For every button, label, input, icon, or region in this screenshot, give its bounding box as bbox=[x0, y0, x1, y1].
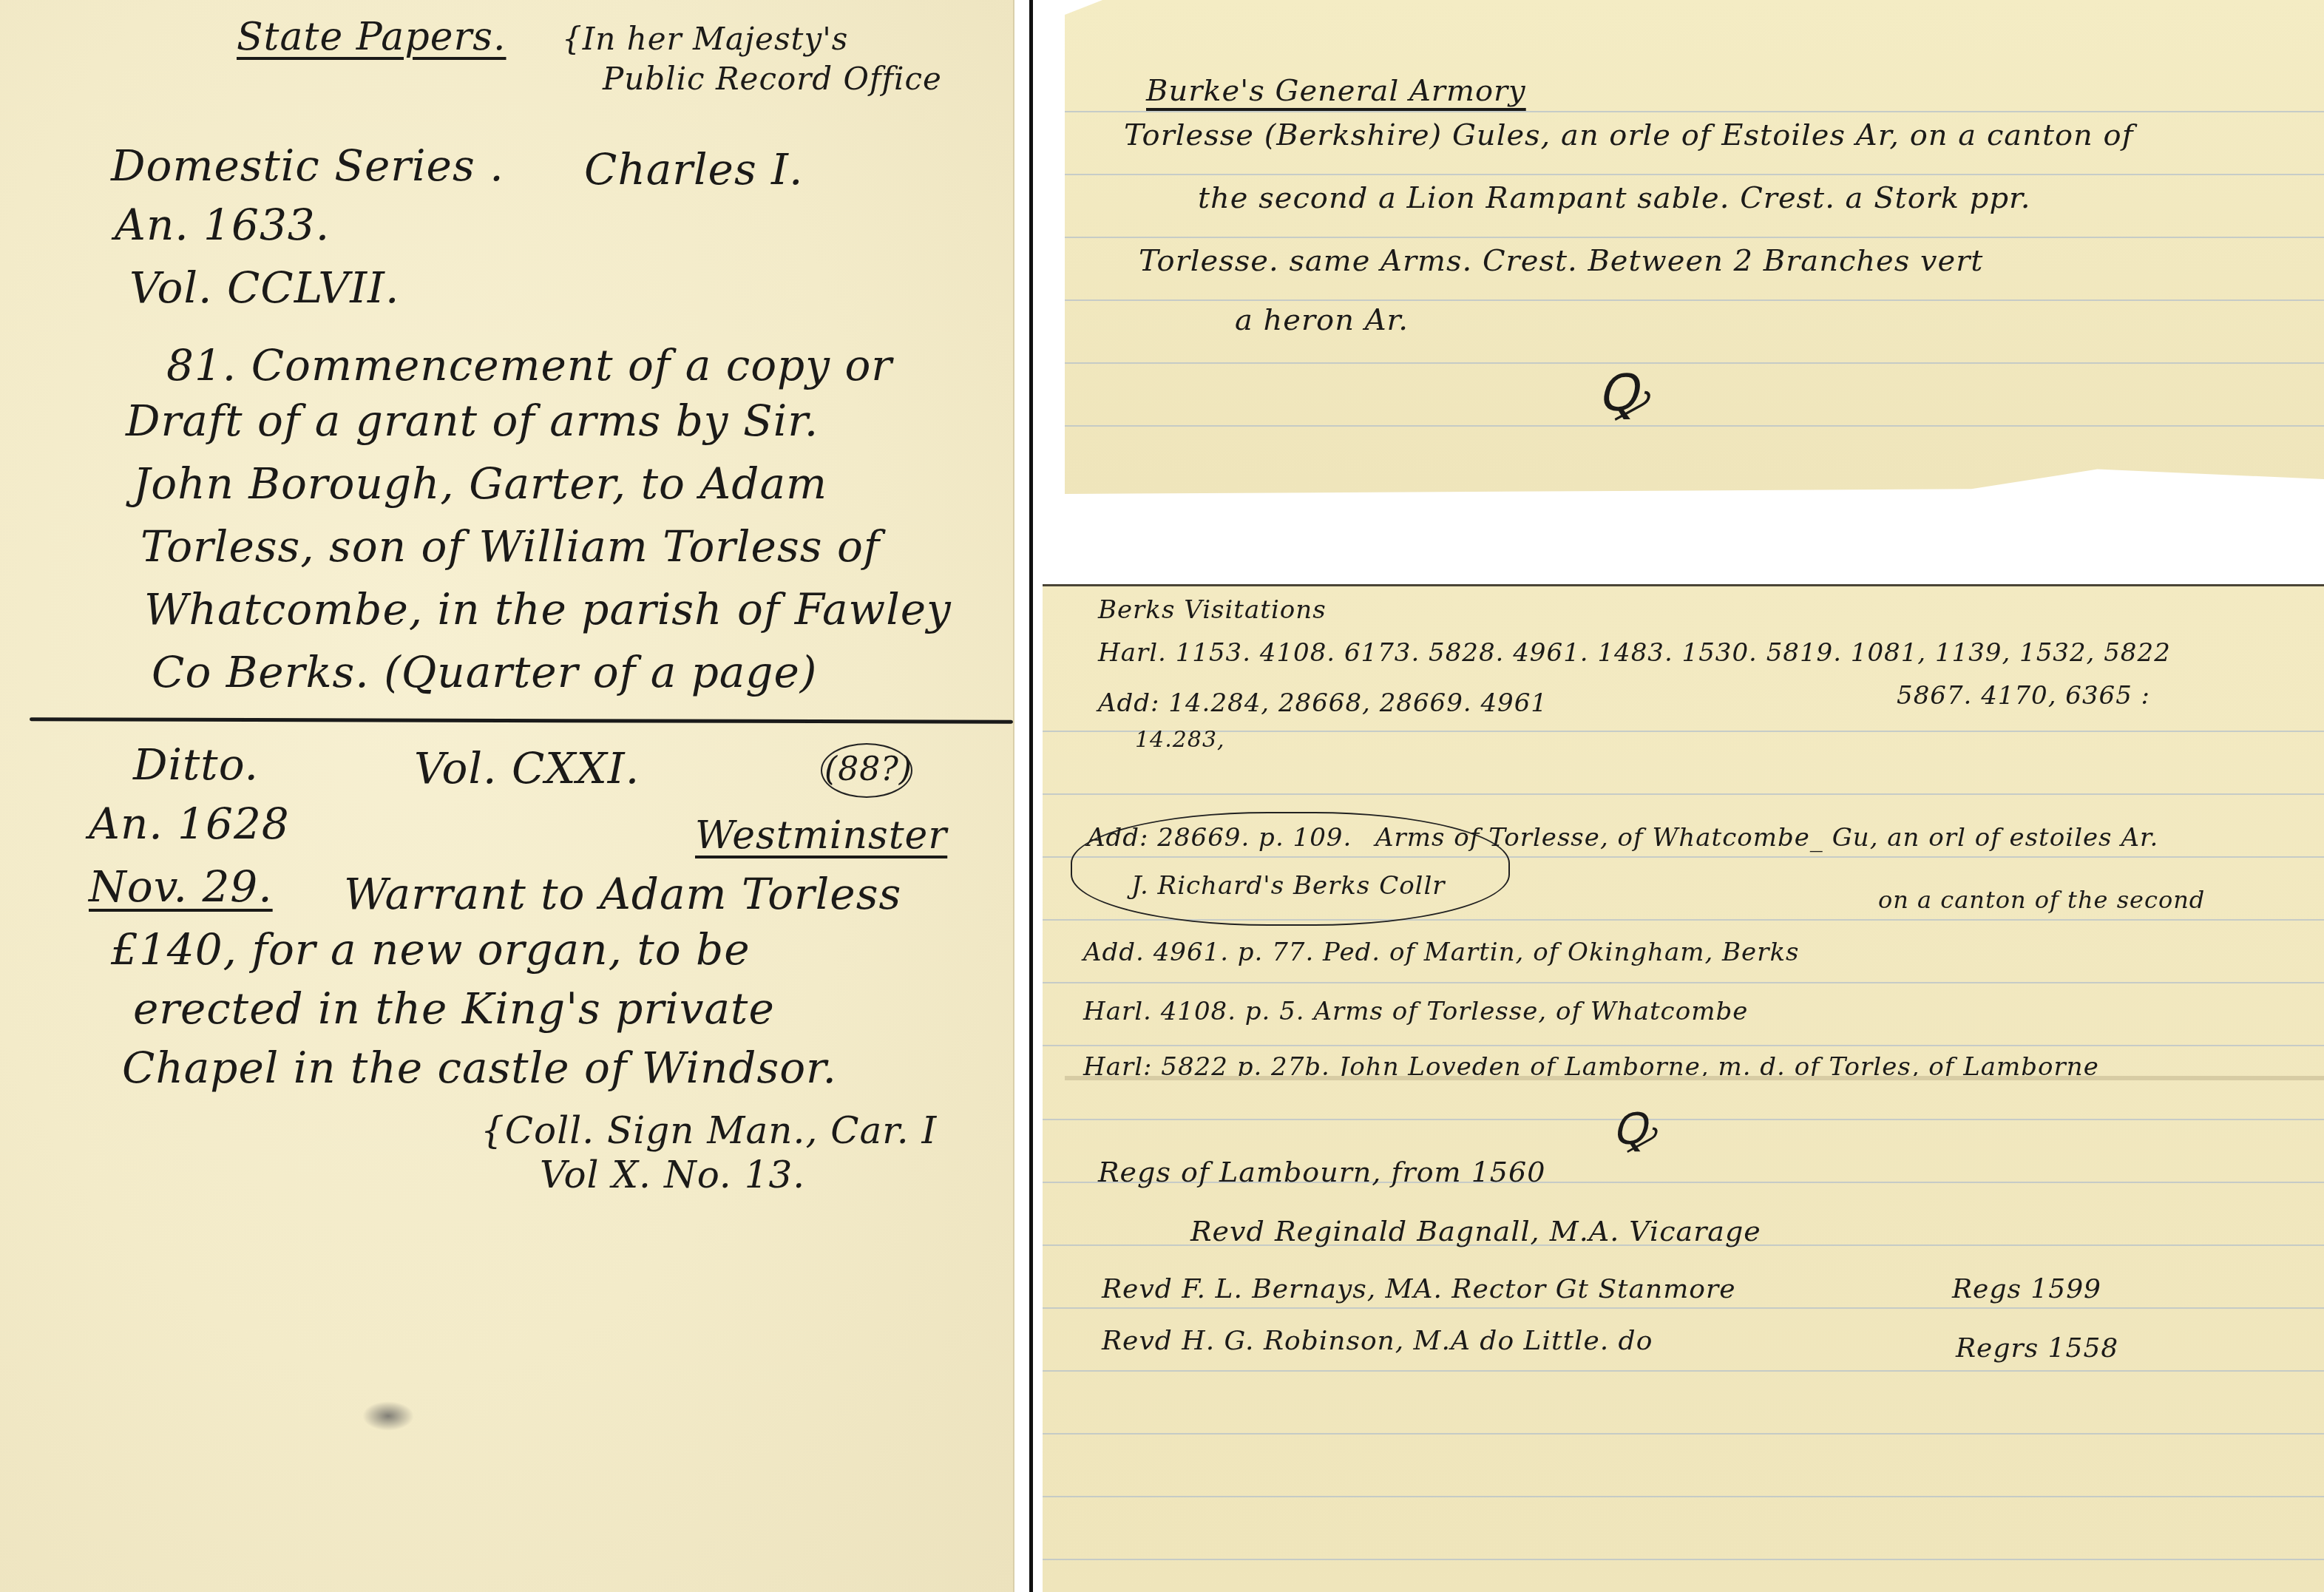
right-bottom-lined-sheet: Berks Visitations Harl. 1153. 4108. 6173… bbox=[1043, 584, 2324, 1592]
entry1-line: Draft of a grant of arms by Sir. bbox=[126, 396, 819, 446]
entry1-line: Torless, son of William Torless of bbox=[140, 521, 880, 572]
monogram-mark: Ꝙ bbox=[1597, 355, 1647, 426]
registers-vicar: Revd Reginald Bagnall, M.A. Vicarage bbox=[1190, 1215, 1761, 1247]
circled-ref-line1: Add: 28669. p. 109. bbox=[1087, 823, 1352, 853]
armory-title: Burke's General Armory bbox=[1146, 74, 1526, 108]
armory-line: the second a Lion Rampant sable. Crest. … bbox=[1198, 181, 2030, 215]
circle-annotation bbox=[821, 743, 912, 798]
ruled-line bbox=[1065, 425, 2324, 427]
series-label: Domestic Series . bbox=[111, 140, 504, 191]
harl-numbers: Harl. 1153. 4108. 6173. 5828. 4961. 1483… bbox=[1098, 638, 2171, 668]
year-1628: An. 1628 bbox=[89, 799, 290, 849]
ruled-line bbox=[1043, 1307, 2324, 1309]
volume-cxxi: Vol. CXXI. bbox=[414, 743, 640, 793]
registers-row-name: Revd H. G. Robinson, M.A do Little. do bbox=[1102, 1326, 1653, 1356]
add-numbers: Add: 14.284, 28668, 28669. 4961 bbox=[1098, 688, 1548, 718]
harl-numbers-cont: 5867. 4170, 6365 : bbox=[1897, 681, 2150, 711]
registers-heading: Regs of Lambourn, from 1560 bbox=[1098, 1156, 1545, 1188]
ruled-line bbox=[1065, 362, 2324, 364]
entry2-line: erected in the King's private bbox=[133, 983, 775, 1034]
entry2-line: Warrant to Adam Torless bbox=[344, 869, 901, 919]
reference-line2: Vol X. No. 13. bbox=[540, 1154, 805, 1196]
reign-label: Charles I. bbox=[584, 144, 803, 194]
entry1-line: 81. Commencement of a copy or bbox=[166, 340, 892, 390]
record-office-line2: Public Record Office bbox=[603, 61, 942, 97]
ruled-line bbox=[1043, 1370, 2324, 1372]
ruled-line bbox=[1043, 1559, 2324, 1560]
circled-ref-line2: J. Richard's Berks Collr bbox=[1131, 871, 1446, 901]
ruled-line bbox=[1043, 731, 2324, 732]
year-1633: An. 1633. bbox=[115, 200, 330, 250]
ruled-line bbox=[1065, 111, 2324, 112]
monogram-mark: Ꝙ bbox=[1612, 1097, 1655, 1157]
ink-separator-line bbox=[30, 717, 1013, 723]
registers-row-note: Regs 1599 bbox=[1952, 1274, 2101, 1304]
ditto-label: Ditto. bbox=[133, 739, 259, 790]
registers-row-note: Regrs 1558 bbox=[1956, 1333, 2118, 1364]
entry1-line: Whatcombe, in the parish of Fawley bbox=[144, 584, 952, 634]
ruled-line bbox=[1043, 1433, 2324, 1435]
arms-entry-cont: on a canton of the second bbox=[1878, 886, 2205, 914]
entry2-line: £140, for a new organ, to be bbox=[111, 924, 751, 975]
ruled-line bbox=[1043, 1119, 2324, 1120]
right-top-lined-sheet: Burke's General Armory Torlesse (Berkshi… bbox=[1065, 0, 2324, 494]
ruled-line bbox=[1065, 299, 2324, 301]
ruled-line bbox=[1043, 982, 2324, 983]
ruled-line bbox=[1043, 1045, 2324, 1046]
reference-entry: Harl. 4108. p. 5. Arms of Torlesse, of W… bbox=[1083, 997, 1748, 1026]
date-nov-29: Nov. 29. bbox=[89, 861, 273, 912]
place-westminster: Westminster bbox=[695, 813, 947, 858]
volume-cclvii: Vol. CCLVII. bbox=[129, 262, 399, 313]
reference-line1: {Coll. Sign Man., Car. I bbox=[481, 1109, 937, 1152]
ink-smudge bbox=[362, 1401, 414, 1431]
reference-entry: Add. 4961. p. 77. Ped. of Martin, of Oki… bbox=[1083, 938, 1800, 967]
visitations-title: Berks Visitations bbox=[1098, 595, 1327, 625]
sheet-overlap-edge bbox=[1065, 1076, 2324, 1080]
state-papers-title: State Papers. bbox=[237, 15, 507, 59]
entry1-line: John Borough, Garter, to Adam bbox=[133, 458, 827, 509]
ruled-line bbox=[1065, 237, 2324, 238]
scan-divider bbox=[1029, 0, 1033, 1592]
record-office-line1: {In her Majesty's bbox=[562, 21, 848, 57]
ruled-line bbox=[1043, 1496, 2324, 1497]
ruled-line bbox=[1065, 174, 2324, 175]
armory-line: Torlesse (Berkshire) Gules, an orle of E… bbox=[1124, 118, 2133, 152]
registers-row-name: Revd F. L. Bernays, MA. Rector Gt Stanmo… bbox=[1102, 1274, 1735, 1304]
add-numbers-cont: 14.283, bbox=[1135, 727, 1225, 753]
armory-line: a heron Ar. bbox=[1235, 303, 1409, 337]
ruled-line bbox=[1043, 793, 2324, 795]
entry2-line: Chapel in the castle of Windsor. bbox=[122, 1043, 837, 1093]
arms-entry: Arms of Torlesse, of Whatcombe_ Gu, an o… bbox=[1375, 823, 2158, 853]
armory-line: Torlesse. same Arms. Crest. Between 2 Br… bbox=[1139, 244, 1983, 278]
entry1-line: Co Berks. (Quarter of a page) bbox=[152, 647, 817, 697]
left-manuscript-sheet: State Papers. {In her Majesty's Public R… bbox=[0, 0, 1014, 1592]
